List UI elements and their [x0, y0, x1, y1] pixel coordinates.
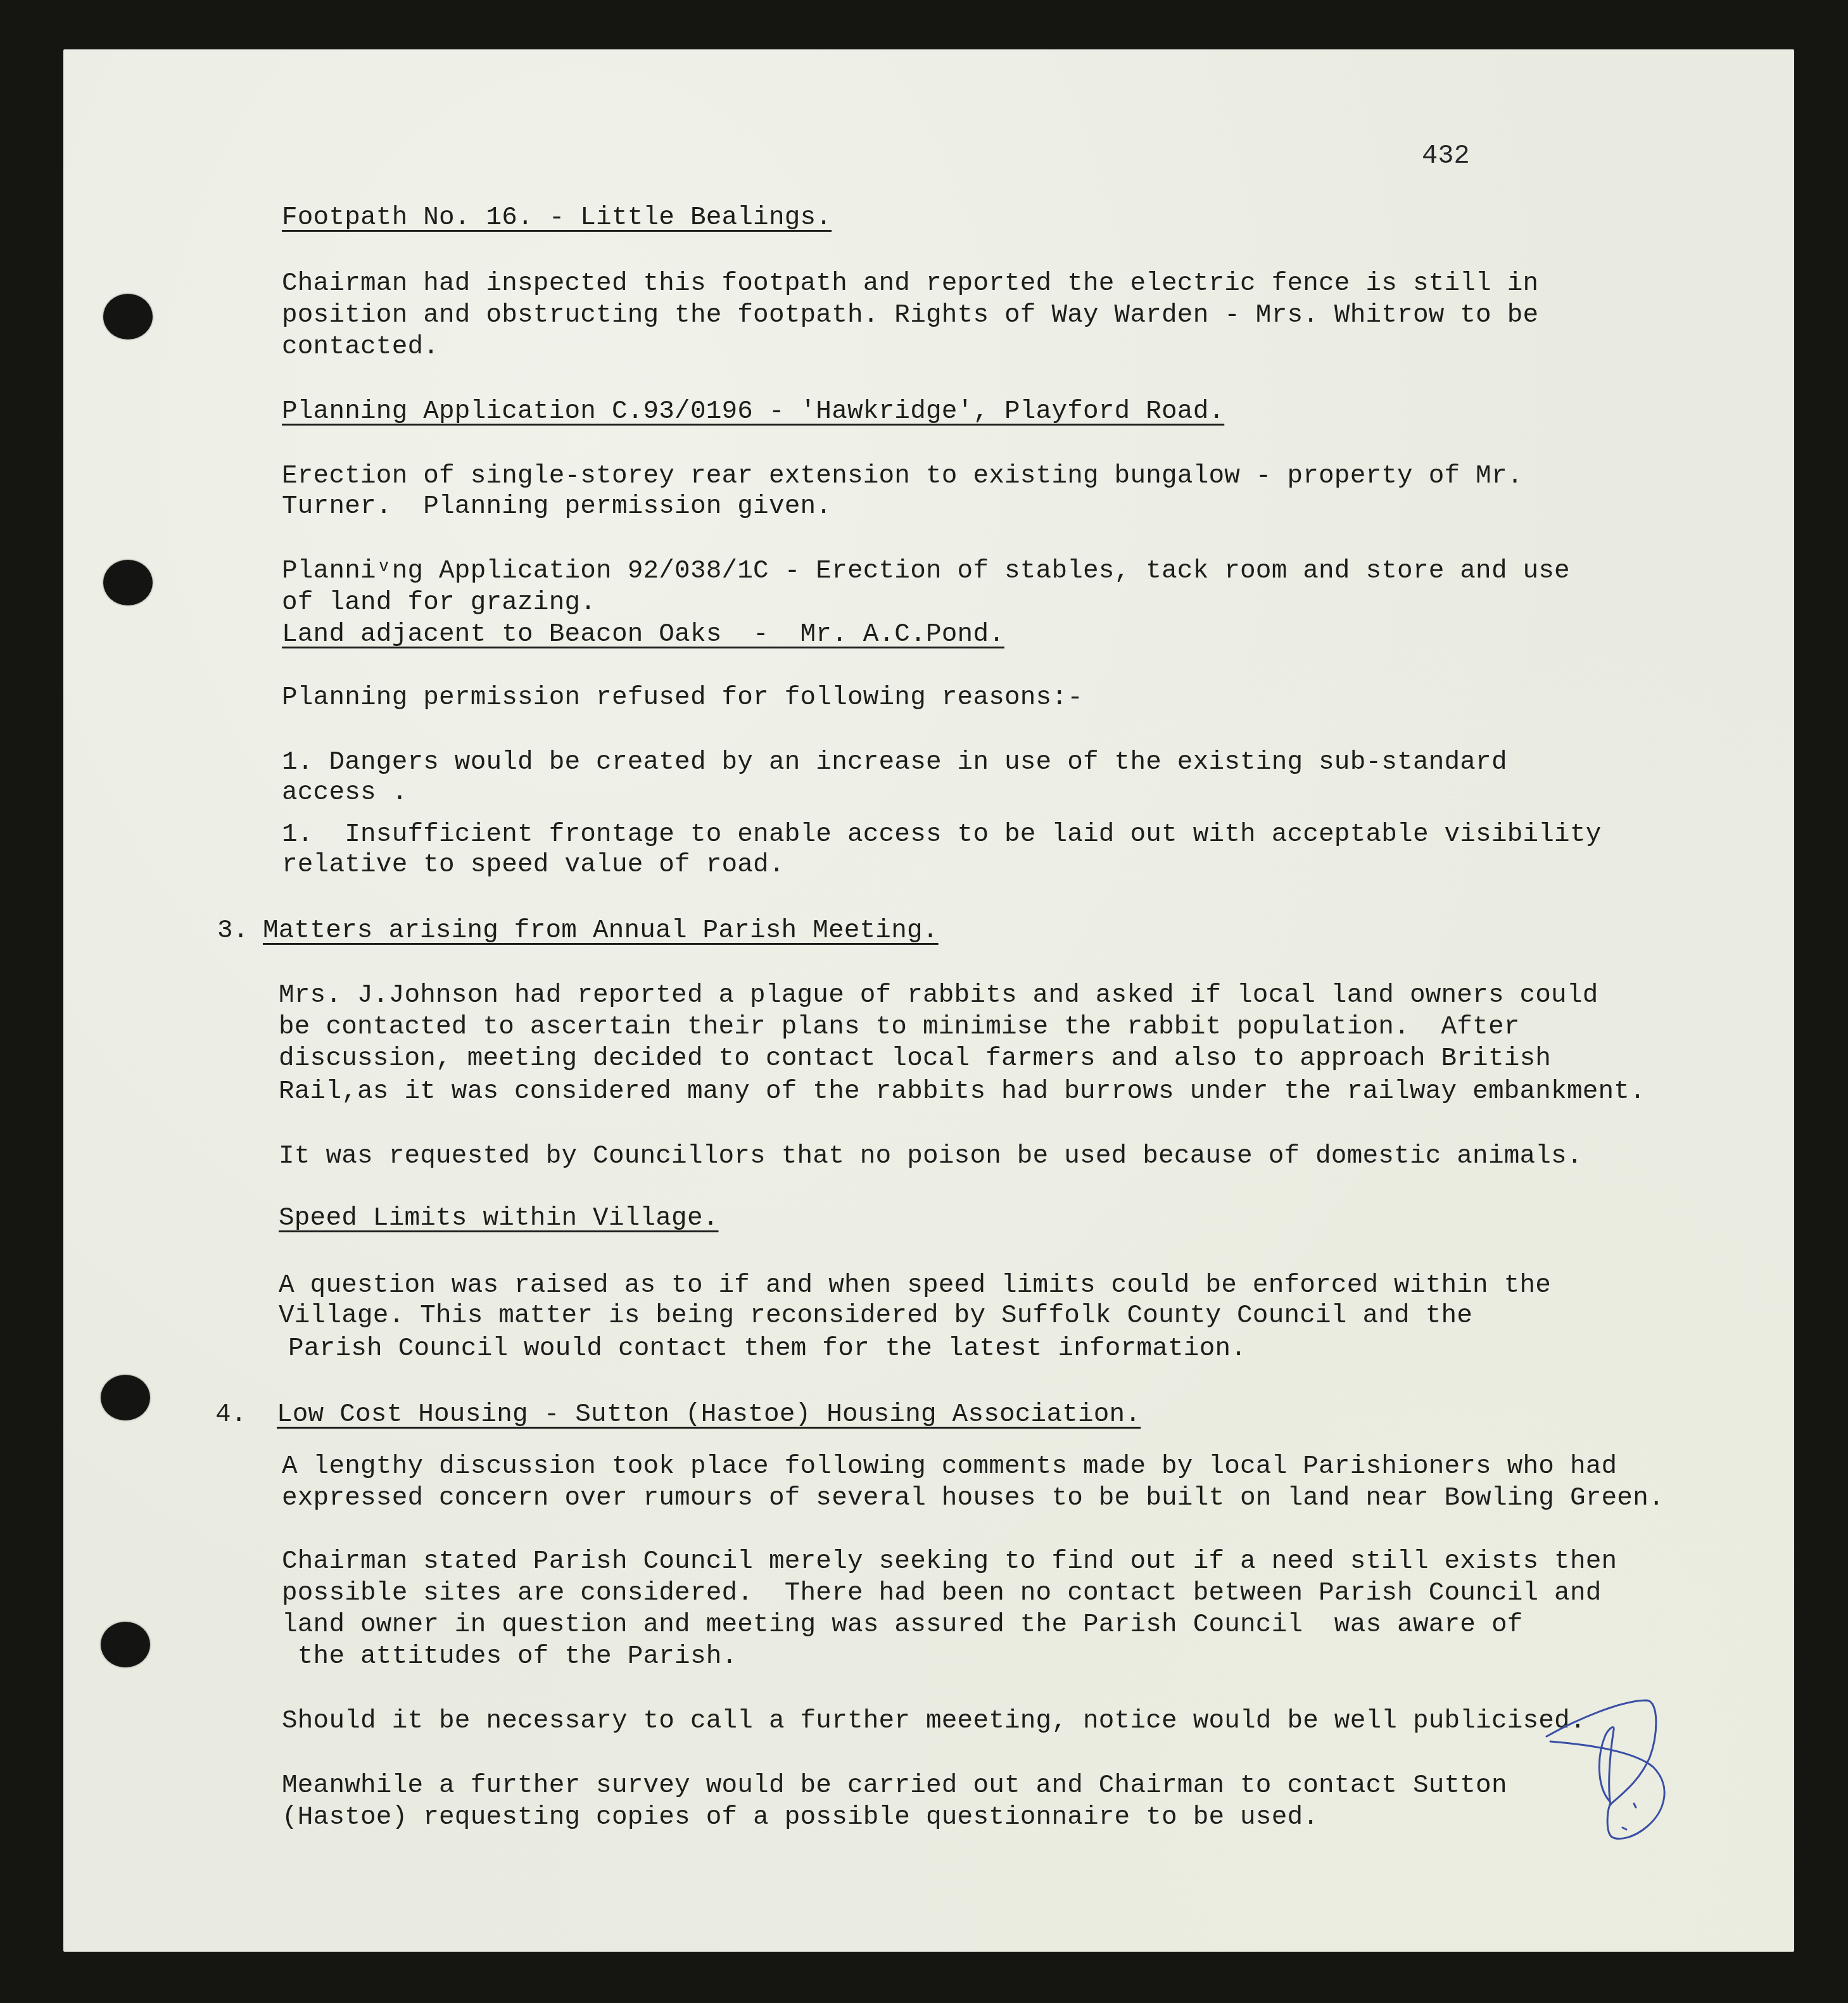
- section-number: 4.: [215, 1402, 247, 1428]
- paragraph-line: Chairman stated Parish Council merely se…: [282, 1549, 1617, 1575]
- punch-hole: [103, 560, 153, 605]
- paragraph-line: discussion, meeting decided to contact l…: [279, 1046, 1551, 1072]
- section-heading-footpath: Footpath No. 16. - Little Bealings.: [282, 205, 832, 231]
- paragraph-line: Parish Council would contact them for th…: [288, 1336, 1246, 1362]
- paragraph-line: position and obstructing the footpath. R…: [282, 303, 1538, 329]
- paragraph-line: Planniᵛng Application 92/038/1C - Erecti…: [282, 559, 1570, 584]
- paragraph-line: It was requested by Councillors that no …: [279, 1144, 1583, 1170]
- paragraph-line: Mrs. J.Johnson had reported a plague of …: [279, 983, 1598, 1009]
- paragraph-line: A lengthy discussion took place followin…: [282, 1454, 1617, 1480]
- punch-hole: [101, 1622, 150, 1667]
- paragraph-line: possible sites are considered. There had…: [282, 1581, 1602, 1607]
- section-heading-speed-limits: Speed Limits within Village.: [279, 1206, 719, 1232]
- paragraph-line: of land for grazing.: [282, 590, 596, 616]
- paragraph-line: Should it be necessary to call a further…: [282, 1709, 1586, 1734]
- section-heading-low-cost-housing: Low Cost Housing - Sutton (Hastoe) Housi…: [277, 1402, 1141, 1428]
- reason-line: 1. Dangers would be created by an increa…: [282, 750, 1507, 776]
- paragraph-line: Chairman had inspected this footpath and…: [282, 271, 1538, 297]
- page-number: 432: [1422, 141, 1470, 171]
- paragraph-line: Village. This matter is being reconsider…: [279, 1303, 1472, 1329]
- paragraph-line: contacted.: [282, 334, 439, 360]
- paragraph-line: expressed concern over rumours of severa…: [282, 1486, 1664, 1512]
- paragraph-line: A question was raised as to if and when …: [279, 1273, 1551, 1299]
- section-number: 3.: [217, 918, 249, 944]
- paragraph-line: Erection of single-storey rear extension…: [282, 464, 1523, 490]
- paragraph-line: land owner in question and meeting was a…: [282, 1612, 1523, 1638]
- signature-initials-icon: [1545, 1684, 1710, 1849]
- reason-line: 1. Insufficient frontage to enable acces…: [282, 822, 1602, 848]
- section-heading-planning-hawkridge: Planning Application C.93/0196 - 'Hawkri…: [282, 399, 1224, 425]
- paragraph-line: Turner. Planning permission given.: [282, 494, 832, 520]
- subheading-beacon-oaks: Land adjacent to Beacon Oaks - Mr. A.C.P…: [282, 622, 1004, 648]
- paragraph-line: be contacted to ascertain their plans to…: [279, 1014, 1520, 1040]
- paragraph-line: (Hastoe) requesting copies of a possible…: [282, 1805, 1319, 1831]
- paragraph-line: Rail,as it was considered many of the ra…: [279, 1079, 1645, 1105]
- reason-line: relative to speed value of road.: [282, 852, 785, 878]
- punch-hole: [103, 294, 153, 339]
- reason-line: access .: [282, 780, 407, 806]
- section-heading-matters-arising: Matters arising from Annual Parish Meeti…: [263, 918, 939, 944]
- paragraph-line: Meanwhile a further survey would be carr…: [282, 1773, 1507, 1799]
- punch-hole: [101, 1375, 150, 1420]
- paragraph-line: Planning permission refused for followin…: [282, 685, 1083, 711]
- paragraph-line: the attitudes of the Parish.: [282, 1644, 737, 1670]
